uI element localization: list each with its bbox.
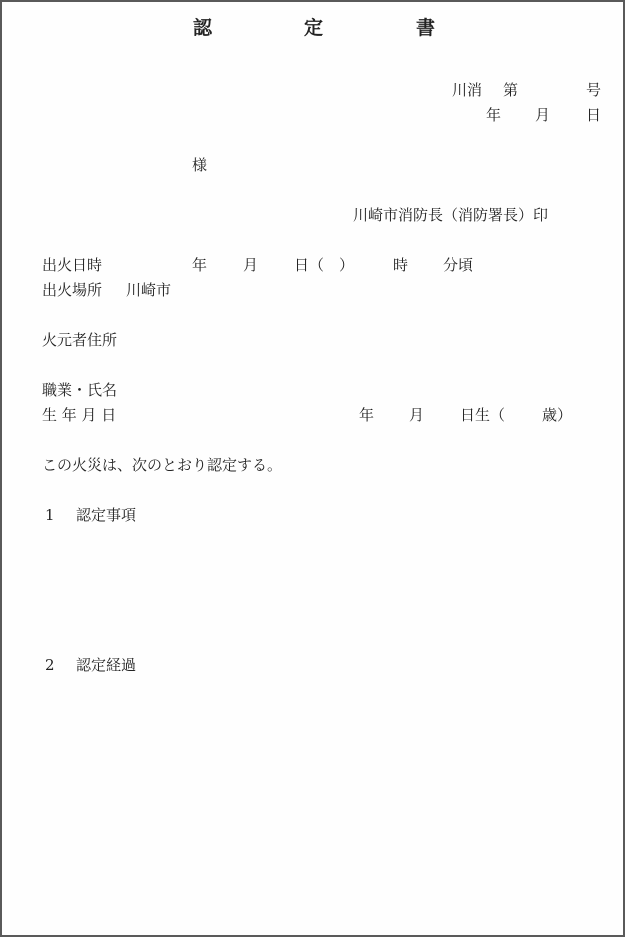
birthdate-label: 生 年 月 日 xyxy=(42,406,116,424)
fire-location-value: 川崎市 xyxy=(126,281,171,299)
fire-day-weekday: 日（ ） xyxy=(294,256,354,274)
reference-dai: 第 xyxy=(503,81,518,99)
fire-minute: 分頃 xyxy=(443,256,473,274)
section-2-number: 2 xyxy=(45,656,55,674)
title-char-1: 認 xyxy=(193,19,212,37)
reference-prefix: 川消 xyxy=(452,81,482,99)
section-2-title: 認定経過 xyxy=(76,656,136,674)
issuer-seal: 川崎市消防長（消防署長）印 xyxy=(353,206,548,224)
issue-date-month: 月 xyxy=(535,106,550,124)
title-char-2: 定 xyxy=(304,19,323,37)
source-address-label: 火元者住所 xyxy=(42,331,117,349)
issue-date-year: 年 xyxy=(486,106,501,124)
section-1-title: 認定事項 xyxy=(76,506,136,524)
fire-location-label: 出火場所 xyxy=(42,281,102,299)
addressee-suffix: 様 xyxy=(192,156,207,174)
certificate-page: 認 定 書 川消 第 号 年 月 日 様 川崎市消防長（消防署長）印 出火日時 … xyxy=(0,0,625,937)
reference-go: 号 xyxy=(586,81,601,99)
age: 歳） xyxy=(542,406,572,424)
section-1-number: 1 xyxy=(45,506,55,524)
birth-day: 日生（ xyxy=(460,406,505,424)
fire-month: 月 xyxy=(243,256,258,274)
fire-hour: 時 xyxy=(393,256,408,274)
birth-year: 年 xyxy=(359,406,374,424)
birth-month: 月 xyxy=(409,406,424,424)
occupation-name-label: 職業・氏名 xyxy=(42,381,117,399)
fire-datetime-label: 出火日時 xyxy=(42,256,102,274)
title-char-3: 書 xyxy=(416,19,435,37)
issue-date-day: 日 xyxy=(586,106,601,124)
certification-statement: この火災は、次のとおり認定する。 xyxy=(42,456,282,474)
fire-year: 年 xyxy=(192,256,207,274)
